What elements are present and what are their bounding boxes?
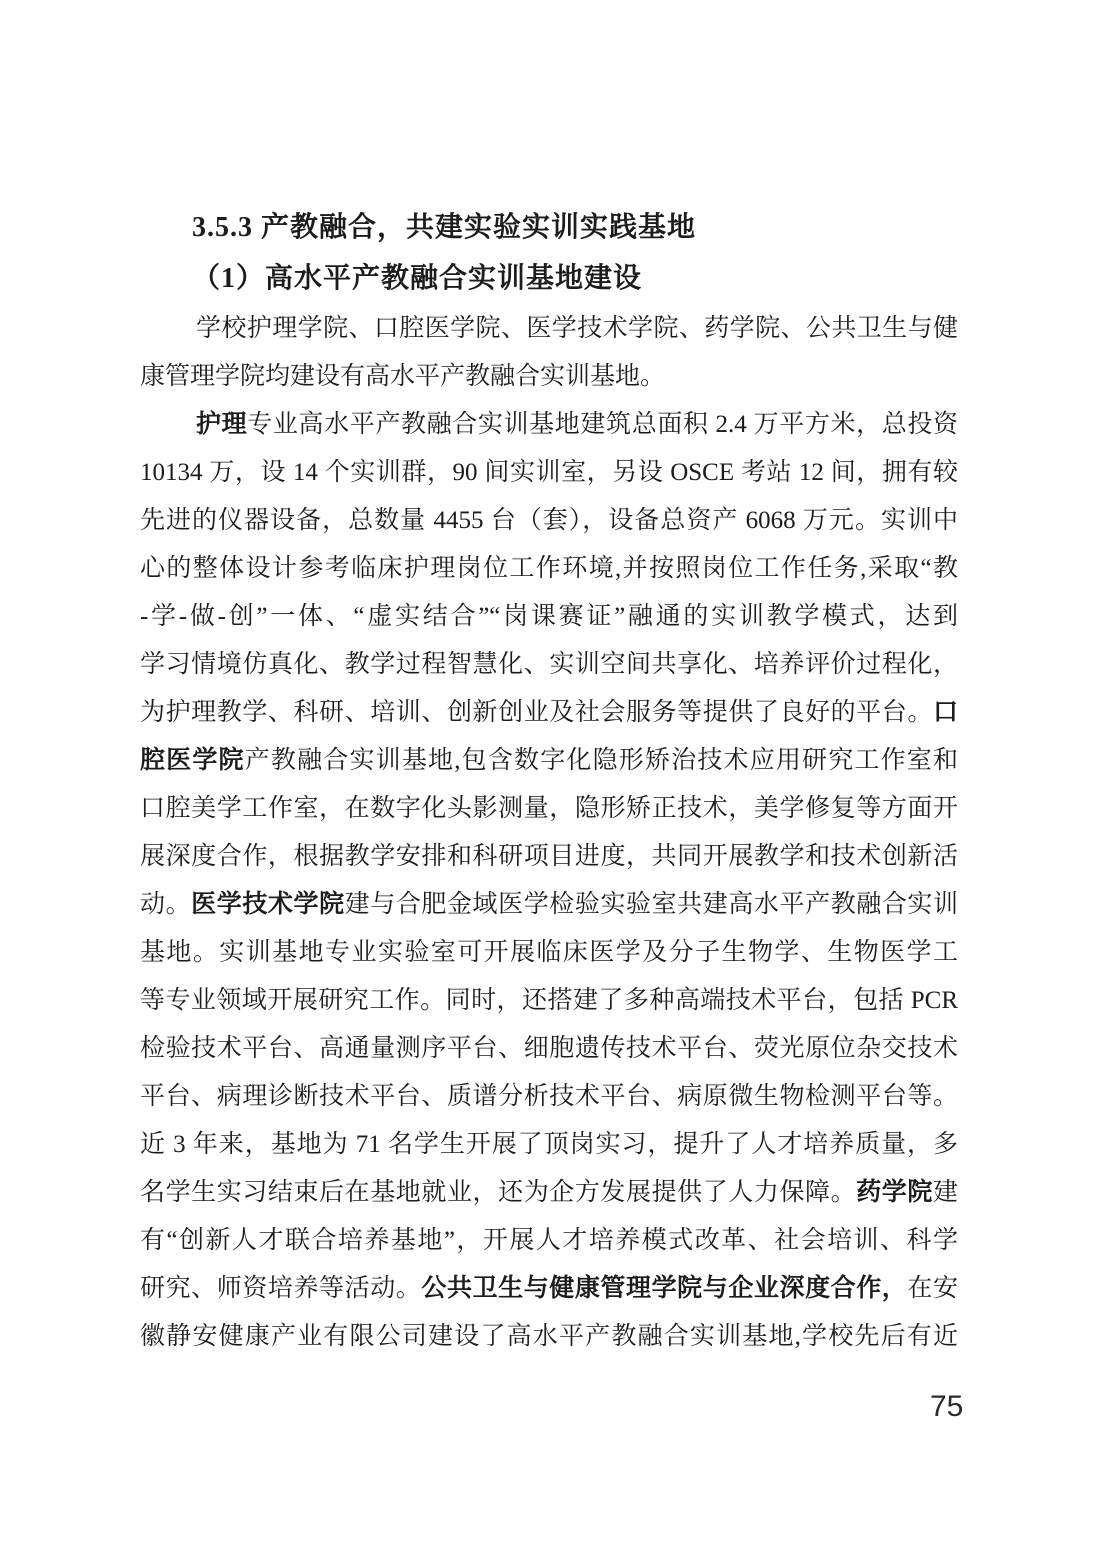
- text-run: 为护理教学、科研、培训、创新创业及社会服务等提供了良好的平台。: [140, 699, 933, 726]
- body-line: 展深度合作，根据教学安排和科研项目进度，共同开展教学和技术创新活: [140, 833, 958, 881]
- body-line: 平台、病理诊断技术平台、质谱分析技术平台、病原微生物检测平台等。: [140, 1073, 958, 1121]
- body-line: 为护理教学、科研、培训、创新创业及社会服务等提供了良好的平台。口: [140, 689, 958, 737]
- body-line: 心的整体设计参考临床护理岗位工作环境,并按照岗位工作任务,采取“教: [140, 545, 958, 593]
- body-line: 口腔美学工作室，在数字化头影测量，隐形矫正技术，美学修复等方面开: [140, 785, 958, 833]
- text-run: 基地。实训基地专业实验室可开展临床医学及分子生物学、生物医学工程、: [140, 939, 958, 977]
- body-line: 康管理学院均建设有高水平产教融合实训基地。: [140, 353, 958, 401]
- emphasis-text-run: 公共卫生与健康管理学院与企业深度合作，: [421, 1275, 907, 1302]
- text-run: 产教融合实训基地,包含数字化隐形矫治技术应用研究工作室和: [245, 747, 958, 774]
- emphasis-text-run: 药学院: [856, 1179, 933, 1206]
- text-run: 康管理学院均建设有高水平产教融合实训基地。: [140, 363, 665, 390]
- text-run: 有“创新人才联合培养基地”，开展人才培养模式改革、社会培训、科学: [140, 1227, 958, 1254]
- content-area: 3.5.3 产教融合，共建实验实训实践基地 （1）高水平产教融合实训基地建设 学…: [140, 203, 958, 1361]
- text-run: 研究、师资培养等活动。: [140, 1275, 421, 1302]
- text-run: 10134 万，设 14 个实训群，90 间实训室，另设 OSCE 考站 12 …: [140, 459, 958, 486]
- body-line: 名学生实习结束后在基地就业，还为企方发展提供了人力保障。药学院建: [140, 1169, 958, 1217]
- body-line: 学习情境仿真化、教学过程智慧化、实训空间共享化、培养评价过程化，: [140, 641, 958, 689]
- text-run: 建: [933, 1179, 958, 1206]
- text-run: 专业高水平产教融合实训基地建筑总面积 2.4 万平方米，总投资: [247, 411, 958, 438]
- text-run: 学习情境仿真化、教学过程智慧化、实训空间共享化、培养评价过程化，: [140, 651, 958, 678]
- text-run: 动。: [140, 891, 191, 918]
- body-line: 动。医学技术学院建与合肥金域医学检验实验室共建高水平产教融合实训: [140, 881, 958, 929]
- text-run: 平台、病理诊断技术平台、质谱分析技术平台、病原微生物检测平台等。: [140, 1083, 958, 1110]
- text-run: 在安: [907, 1275, 958, 1302]
- emphasis-text-run: 护理: [196, 411, 247, 438]
- text-run: 展深度合作，根据教学安排和科研项目进度，共同开展教学和技术创新活: [140, 843, 958, 870]
- emphasis-text-run: 腔医学院: [140, 747, 245, 774]
- text-run: 名学生实习结束后在基地就业，还为企方发展提供了人力保障。: [140, 1179, 856, 1206]
- text-run: 等专业领域开展研究工作。同时，还搭建了多种高端技术平台，包括 PCR: [140, 987, 958, 1014]
- body-line: 等专业领域开展研究工作。同时，还搭建了多种高端技术平台，包括 PCR: [140, 977, 958, 1025]
- text-run: 先进的仪器设备，总数量 4455 台（套），设备总资产 6068 万元。实训中: [140, 507, 958, 534]
- text-run: 学校护理学院、口腔医学院、医学技术学院、药学院、公共卫生与健: [196, 315, 958, 342]
- text-run: 口腔美学工作室，在数字化头影测量，隐形矫正技术，美学修复等方面开: [140, 795, 958, 822]
- body-line: 护理专业高水平产教融合实训基地建筑总面积 2.4 万平方米，总投资: [140, 401, 958, 449]
- text-run: 心的整体设计参考临床护理岗位工作环境,并按照岗位工作任务,采取“教: [140, 555, 958, 582]
- page-number: 75: [930, 1390, 964, 1424]
- text-run: 徽静安健康产业有限公司建设了高水平产教融合实训基地,学校先后有近: [140, 1323, 958, 1350]
- body-line: 研究、师资培养等活动。公共卫生与健康管理学院与企业深度合作，在安: [140, 1265, 958, 1313]
- body-line: 有“创新人才联合培养基地”，开展人才培养模式改革、社会培训、科学: [140, 1217, 958, 1265]
- body-line: 学校护理学院、口腔医学院、医学技术学院、药学院、公共卫生与健: [140, 305, 958, 353]
- text-run: 建与合肥金域医学检验实验室共建高水平产教融合实训: [345, 891, 958, 918]
- text-run: 检验技术平台、高通量测序平台、细胞遗传技术平台、荧光原位杂交技术: [140, 1035, 958, 1062]
- document-page: 3.5.3 产教融合，共建实验实训实践基地 （1）高水平产教融合实训基地建设 学…: [0, 0, 1102, 1559]
- body-line: -学-做-创”一体、“虚实结合”“岗课赛证”融通的实训教学模式，达到: [140, 593, 958, 641]
- emphasis-text-run: 口: [933, 699, 958, 726]
- body-line: 腔医学院产教融合实训基地,包含数字化隐形矫治技术应用研究工作室和: [140, 737, 958, 785]
- body-line: 近 3 年来，基地为 71 名学生开展了顶岗实习，提升了人才培养质量，多: [140, 1121, 958, 1169]
- body-line: 检验技术平台、高通量测序平台、细胞遗传技术平台、荧光原位杂交技术: [140, 1025, 958, 1073]
- subsection-heading: （1）高水平产教融合实训基地建设: [192, 253, 958, 305]
- body-text: 学校护理学院、口腔医学院、医学技术学院、药学院、公共卫生与健康管理学院均建设有高…: [140, 305, 958, 1361]
- body-line: 先进的仪器设备，总数量 4455 台（套），设备总资产 6068 万元。实训中: [140, 497, 958, 545]
- body-line: 徽静安健康产业有限公司建设了高水平产教融合实训基地,学校先后有近: [140, 1313, 958, 1361]
- body-line: 10134 万，设 14 个实训群，90 间实训室，另设 OSCE 考站 12 …: [140, 449, 958, 497]
- text-run: 近 3 年来，基地为 71 名学生开展了顶岗实习，提升了人才培养质量，多: [140, 1131, 958, 1158]
- emphasis-text-run: 医学技术学院: [191, 891, 344, 918]
- body-line: 基地。实训基地专业实验室可开展临床医学及分子生物学、生物医学工程、: [140, 929, 958, 977]
- section-heading: 3.5.3 产教融合，共建实验实训实践基地: [192, 203, 958, 253]
- text-run: -学-做-创”一体、“虚实结合”“岗课赛证”融通的实训教学模式，达到: [140, 603, 958, 630]
